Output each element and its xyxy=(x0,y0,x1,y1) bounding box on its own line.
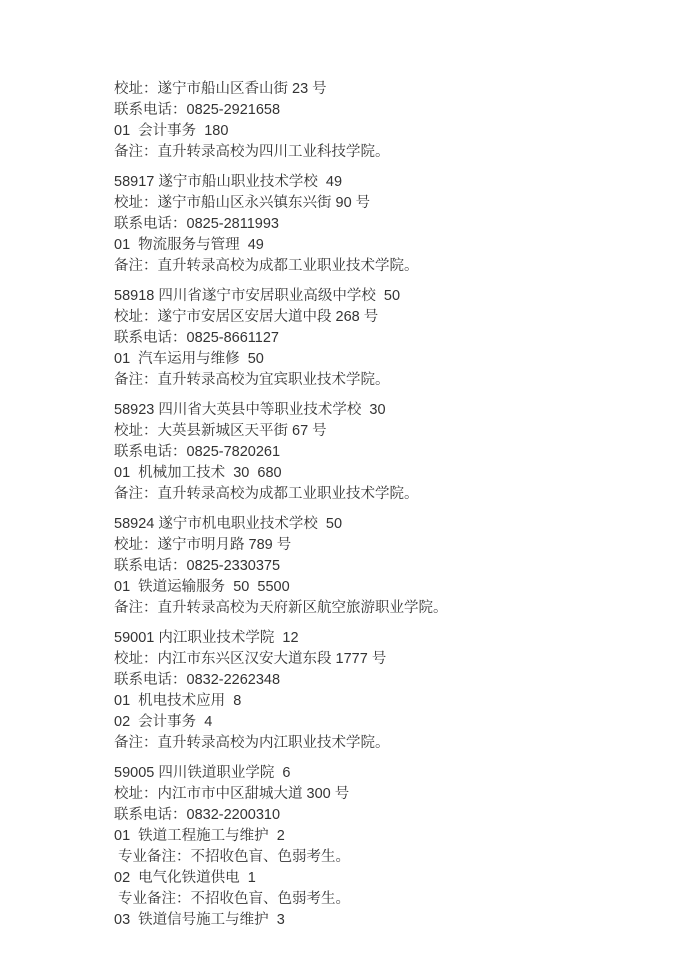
document-line: 58918 四川省遂宁市安居职业高级中学校 50 xyxy=(114,286,640,307)
document-line: 专业备注：不招收色盲、色弱考生。 xyxy=(114,847,640,868)
document-line: 联系电话：0825-2811993 xyxy=(114,214,640,235)
document-line: 02 电气化铁道供电 1 xyxy=(114,868,640,889)
school-section-59001: 59001 内江职业技术学院 12校址：内江市东兴区汉安大道东段 1777 号联… xyxy=(114,628,640,754)
document-line: 01 铁道运输服务 50 5500 xyxy=(114,577,640,598)
document-line: 联系电话：0832-2262348 xyxy=(114,670,640,691)
document-line: 校址：遂宁市安居区安居大道中段 268 号 xyxy=(114,307,640,328)
document-line: 联系电话：0825-2921658 xyxy=(114,100,640,121)
document-line: 备注：直升转录高校为四川工业科技学院。 xyxy=(114,142,640,163)
document-line: 校址：内江市市中区甜城大道 300 号 xyxy=(114,784,640,805)
document-line: 备注：直升转录高校为天府新区航空旅游职业学院。 xyxy=(114,598,640,619)
document-line: 58923 四川省大英县中等职业技术学校 30 xyxy=(114,400,640,421)
document-page: 校址：遂宁市船山区香山街 23 号联系电话：0825-292165801 会计事… xyxy=(0,0,680,961)
document-line: 校址：遂宁市船山区香山街 23 号 xyxy=(114,79,640,100)
document-line: 联系电话：0825-8661127 xyxy=(114,328,640,349)
document-line: 01 机电技术应用 8 xyxy=(114,691,640,712)
school-section-continued: 校址：遂宁市船山区香山街 23 号联系电话：0825-292165801 会计事… xyxy=(114,79,640,163)
document-line: 59001 内江职业技术学院 12 xyxy=(114,628,640,649)
document-line: 备注：直升转录高校为成都工业职业技术学院。 xyxy=(114,484,640,505)
document-line: 01 铁道工程施工与维护 2 xyxy=(114,826,640,847)
document-line: 02 会计事务 4 xyxy=(114,712,640,733)
document-line: 58924 遂宁市机电职业技术学校 50 xyxy=(114,514,640,535)
document-line: 58917 遂宁市船山职业技术学校 49 xyxy=(114,172,640,193)
document-line: 备注：直升转录高校为成都工业职业技术学院。 xyxy=(114,256,640,277)
document-line: 01 汽车运用与维修 50 xyxy=(114,349,640,370)
document-line: 校址：遂宁市船山区永兴镇东兴街 90 号 xyxy=(114,193,640,214)
document-line: 01 机械加工技术 30 680 xyxy=(114,463,640,484)
document-line: 联系电话：0825-7820261 xyxy=(114,442,640,463)
document-line: 59005 四川铁道职业学院 6 xyxy=(114,763,640,784)
document-line: 01 会计事务 180 xyxy=(114,121,640,142)
document-line: 校址：内江市东兴区汉安大道东段 1777 号 xyxy=(114,649,640,670)
document-line: 备注：直升转录高校为内江职业技术学院。 xyxy=(114,733,640,754)
document-line: 专业备注：不招收色盲、色弱考生。 xyxy=(114,889,640,910)
document-line: 01 物流服务与管理 49 xyxy=(114,235,640,256)
school-section-58918: 58918 四川省遂宁市安居职业高级中学校 50校址：遂宁市安居区安居大道中段 … xyxy=(114,286,640,391)
document-line: 联系电话：0825-2330375 xyxy=(114,556,640,577)
school-section-58917: 58917 遂宁市船山职业技术学校 49校址：遂宁市船山区永兴镇东兴街 90 号… xyxy=(114,172,640,277)
document-line: 校址：大英县新城区天平街 67 号 xyxy=(114,421,640,442)
document-line: 校址：遂宁市明月路 789 号 xyxy=(114,535,640,556)
document-line: 联系电话：0832-2200310 xyxy=(114,805,640,826)
school-section-58923: 58923 四川省大英县中等职业技术学校 30校址：大英县新城区天平街 67 号… xyxy=(114,400,640,505)
document-line: 备注：直升转录高校为宜宾职业技术学院。 xyxy=(114,370,640,391)
school-section-59005: 59005 四川铁道职业学院 6校址：内江市市中区甜城大道 300 号联系电话：… xyxy=(114,763,640,931)
document-line: 03 铁道信号施工与维护 3 xyxy=(114,910,640,931)
document-content: 校址：遂宁市船山区香山街 23 号联系电话：0825-292165801 会计事… xyxy=(114,79,640,940)
school-section-58924: 58924 遂宁市机电职业技术学校 50校址：遂宁市明月路 789 号联系电话：… xyxy=(114,514,640,619)
